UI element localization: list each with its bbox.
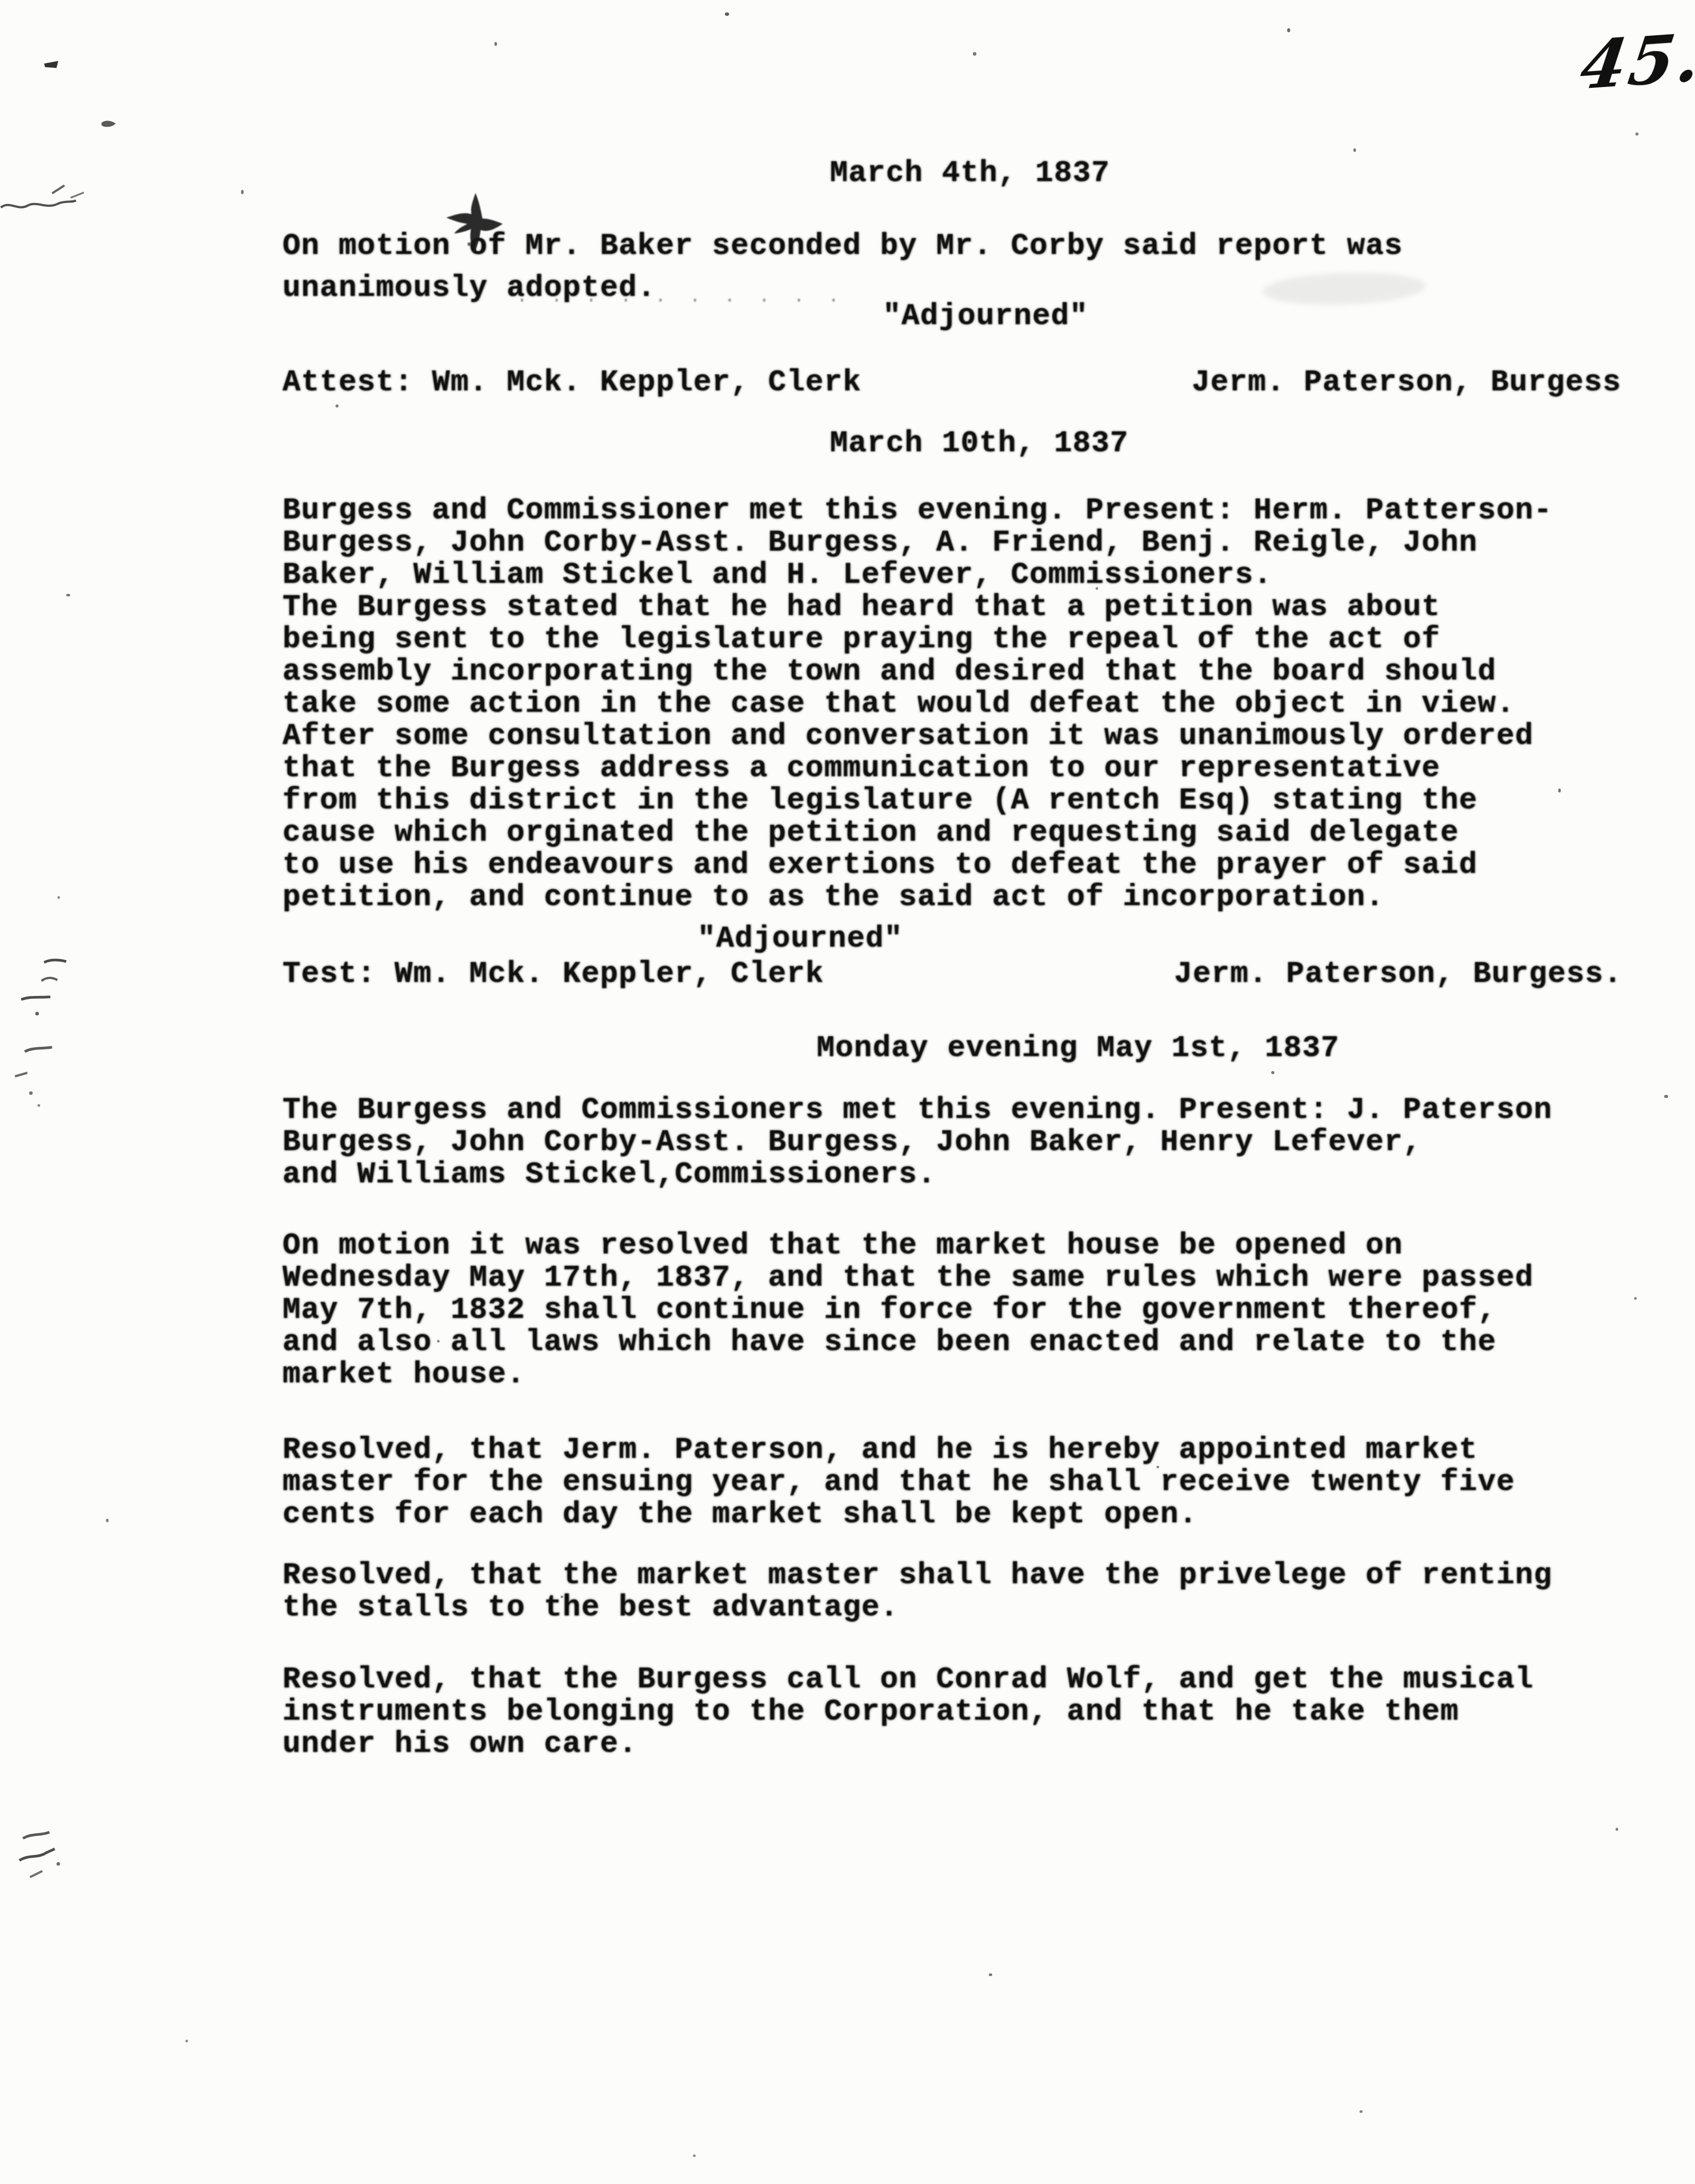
- wavy-pencil-line: [0, 180, 102, 229]
- adjourned-note-2: "Adjourned": [697, 923, 903, 955]
- minutes-paragraph-march-10: Burgess and Commissioner met this evenin…: [282, 494, 1552, 913]
- date-heading-march-10: March 10th, 1837: [830, 427, 1129, 460]
- attendance-paragraph-may-1: The Burgess and Commissioners met this e…: [282, 1094, 1552, 1191]
- market-master-appointment-paragraph: Resolved, that Jerm. Paterson, and he is…: [282, 1434, 1515, 1531]
- scanned-minutes-page: 45. March 4th, 1837 On motion of Mr. Bak…: [0, 0, 1695, 2184]
- burgess-signature-2: Jerm. Paterson, Burgess.: [1174, 958, 1622, 990]
- burgess-signature-1: Jerm. Paterson, Burgess: [1192, 366, 1621, 399]
- stall-renting-resolution-paragraph: Resolved, that the market master shall h…: [282, 1559, 1552, 1624]
- ink-blot-mark: [444, 192, 510, 256]
- typewritten-text-layer: March 4th, 1837 On motion of Mr. Baker s…: [0, 0, 1695, 2184]
- pencil-dot-trail: . . . . . . . . . .: [516, 286, 845, 307]
- musical-instruments-resolution-paragraph: Resolved, that the Burgess call on Conra…: [282, 1663, 1534, 1760]
- margin-pencil-dashes: [8, 954, 83, 1121]
- attest-clerk-signature-1: Attest: Wm. Mck. Keppler, Clerk: [282, 366, 862, 399]
- attest-clerk-signature-2: Test: Wm. Mck. Keppler, Clerk: [282, 958, 824, 990]
- top-left-pencil-marks: [39, 57, 123, 136]
- date-heading-march-4: March 4th, 1837: [830, 157, 1110, 189]
- adjourned-note-1: "Adjourned": [883, 300, 1088, 332]
- market-house-resolution-paragraph: On motion it was resolved that the marke…: [282, 1230, 1534, 1391]
- bottom-left-pencil-scribble: [12, 1823, 101, 1894]
- date-heading-may-1: Monday evening May 1st, 1837: [817, 1032, 1340, 1064]
